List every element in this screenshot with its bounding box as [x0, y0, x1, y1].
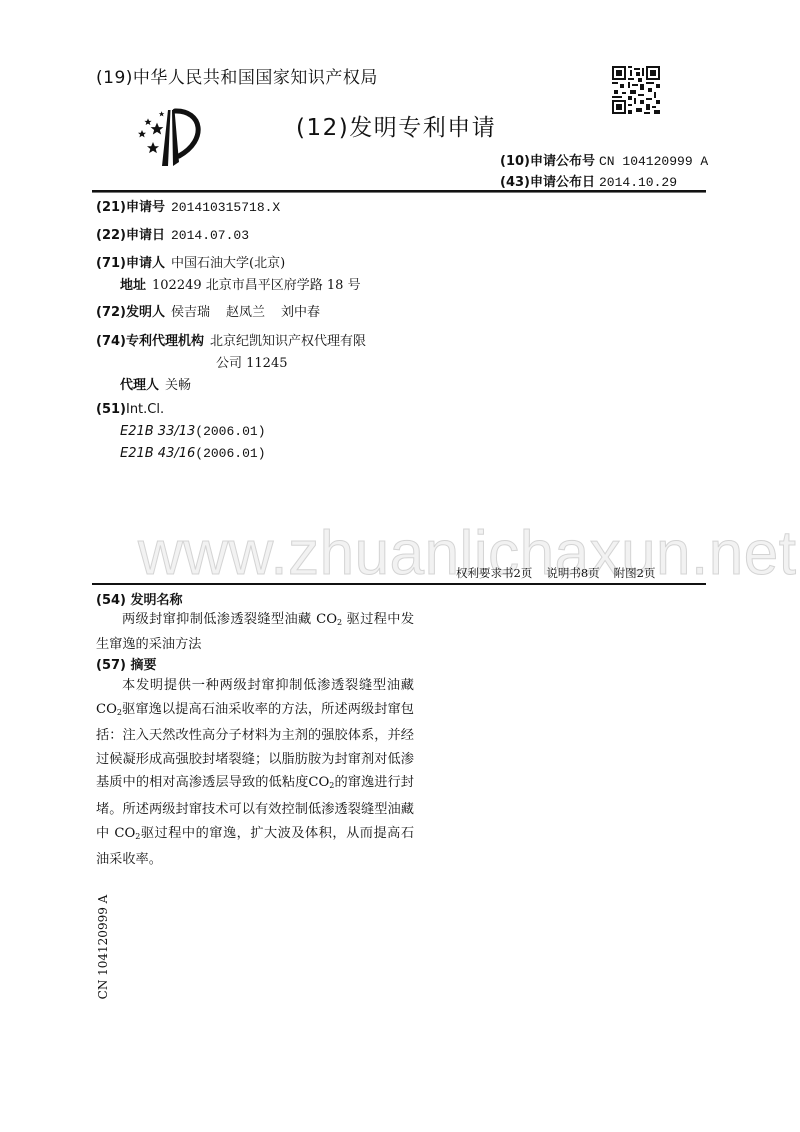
- address-value: 102249 北京市昌平区府学路 18 号: [152, 278, 361, 293]
- address-field: 地址102249 北京市昌平区府学路 18 号: [120, 274, 361, 293]
- doc-kind-code: (12): [296, 115, 349, 141]
- header-divider: [92, 190, 706, 193]
- publication-number-code: (10): [500, 154, 530, 169]
- field-code: (21): [96, 200, 126, 215]
- field-code: (72): [96, 305, 126, 320]
- drawings-pages: 附图2页: [614, 566, 656, 580]
- invention-title: 两级封窜抑制低渗透裂缝型油藏 CO2 驱过程中发生窜逸的采油方法: [96, 609, 414, 656]
- field-label: 申请人: [126, 256, 165, 271]
- inventor-name: 刘中春: [281, 305, 320, 320]
- publication-number-row: (10)申请公布号CN 104120999 A: [500, 150, 708, 169]
- field-label: 申请日: [126, 228, 165, 243]
- description-pages: 说明书8页: [546, 566, 599, 580]
- application-number-value: 201410315718.X: [171, 200, 280, 215]
- section-code: (54): [96, 593, 126, 608]
- office-code: (19): [96, 68, 133, 88]
- publication-date-label: 申请公布日: [530, 175, 595, 190]
- title-text: 两级封窜抑制低渗透裂缝型油藏 CO: [122, 612, 337, 627]
- section-label: 发明名称: [131, 593, 183, 608]
- field-code: (51): [96, 402, 126, 417]
- cnipa-logo-icon: [132, 108, 204, 168]
- applicant-value: 中国石油大学(北京): [171, 256, 285, 271]
- applicant-field: (71)申请人中国石油大学(北京): [96, 252, 285, 271]
- title-section-heading: (54) 发明名称: [96, 589, 183, 608]
- field-label: 发明人: [126, 305, 165, 320]
- filing-date-value: 2014.07.03: [171, 228, 249, 243]
- field-code: (22): [96, 228, 126, 243]
- section-label: 摘要: [131, 658, 157, 673]
- qr-code-icon: [610, 64, 662, 116]
- inventors-field: (72)发明人侯吉瑞赵凤兰刘中春: [96, 301, 320, 320]
- field-code: (74): [96, 334, 126, 349]
- inventor-name: 侯吉瑞: [171, 305, 210, 320]
- doc-kind-label: 发明专利申请: [349, 115, 496, 141]
- publication-date-value: 2014.10.29: [599, 175, 677, 190]
- agent-value: 关畅: [165, 378, 191, 393]
- agency-field-line2: 公司 11245: [216, 352, 288, 371]
- section-code: (57): [96, 658, 126, 673]
- filing-date-field: (22)申请日2014.07.03: [96, 224, 249, 243]
- section-divider: [92, 583, 706, 585]
- abstract-section-heading: (57) 摘要: [96, 654, 157, 673]
- page-counts: 权利要求书2页说明书8页附图2页: [456, 565, 655, 581]
- field-label: 专利代理机构: [126, 334, 204, 349]
- publication-date-code: (43): [500, 175, 530, 190]
- inventor-name: 赵凤兰: [226, 305, 265, 320]
- field-label: 代理人: [120, 378, 159, 393]
- publication-number-value: CN 104120999 A: [599, 154, 708, 169]
- agency-value-continued: 公司 11245: [216, 356, 288, 371]
- ipc-version: (2006.01): [195, 424, 265, 439]
- publication-date-row: (43)申请公布日2014.10.29: [500, 171, 677, 190]
- field-label: Int.Cl.: [126, 402, 164, 417]
- int-cl-entry: E21B 33/13(2006.01): [120, 424, 266, 439]
- abstract-fragment: 驱过程中的窜逸，扩大波及体积，从而提高石油采收率。: [96, 826, 414, 868]
- application-number-field: (21)申请号201410315718.X: [96, 196, 280, 215]
- agency-value: 北京纪凯知识产权代理有限: [210, 334, 366, 349]
- agency-field: (74)专利代理机构北京纪凯知识产权代理有限: [96, 330, 366, 349]
- field-label: 申请号: [126, 200, 165, 215]
- office-title: (19)中华人民共和国国家知识产权局: [96, 63, 378, 88]
- document-kind-title: (12)发明专利申请: [296, 109, 496, 142]
- abstract-text: 本发明提供一种两级封窜抑制低渗透裂缝型油藏CO2驱窜逸以提高石油采收率的方法，所…: [96, 674, 414, 872]
- int-cl-entry: E21B 43/16(2006.01): [120, 446, 266, 461]
- agent-field: 代理人关畅: [120, 374, 191, 393]
- field-label: 地址: [120, 278, 146, 293]
- publication-number-label: 申请公布号: [530, 154, 595, 169]
- side-publication-code: CN 104120999 A: [96, 882, 110, 1012]
- office-name: 中华人民共和国国家知识产权局: [133, 68, 378, 88]
- claims-pages: 权利要求书2页: [456, 566, 532, 580]
- field-code: (71): [96, 256, 126, 271]
- ipc-version: (2006.01): [195, 446, 265, 461]
- ipc-class: E21B 43/16: [120, 446, 195, 461]
- ipc-class: E21B 33/13: [120, 424, 195, 439]
- int-cl-field: (51)Int.Cl.: [96, 402, 164, 417]
